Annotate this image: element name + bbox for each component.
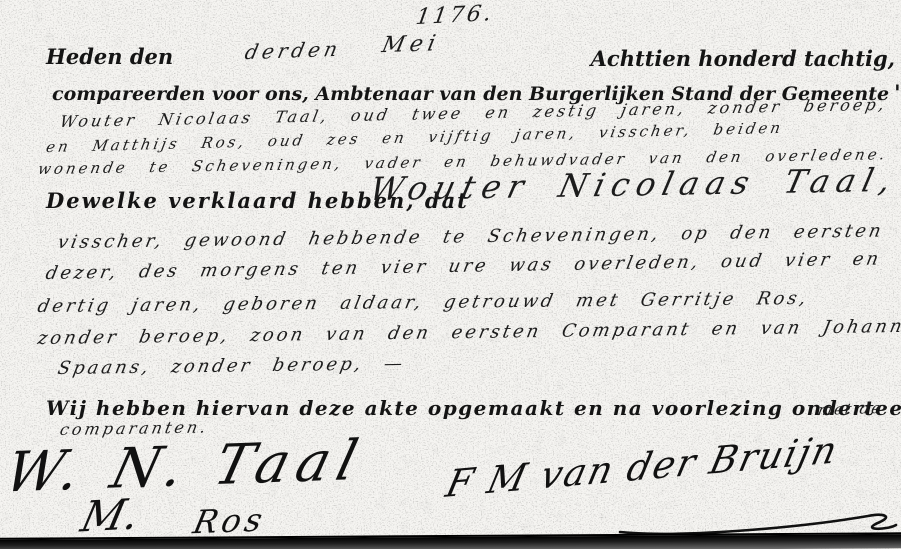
body-line-3: dertig jaren, geboren aldaar, getrouwd m… — [36, 288, 811, 317]
body-line-2: dezer, des morgens ten vier ure was over… — [44, 248, 883, 284]
scanner-edge-bar — [0, 532, 901, 549]
body-line-5: Spaans, zonder beroep, — — [56, 353, 407, 379]
city-name-blackletter: 'sGravenhage, — [894, 80, 901, 105]
scanned-document: 1176. Heden den derden Mei Achttien hond… — [0, 0, 901, 549]
handwritten-met-de: met de — [816, 399, 884, 419]
body-line-1: visscher, gewoond hebbende te Schevening… — [56, 220, 886, 253]
signature-m-ros-initial: M. — [77, 489, 145, 542]
printed-closing: Wij hebben hiervan deze akte opgemaakt e… — [46, 396, 901, 420]
body-line-4: zonder beroep, zoon van den eersten Comp… — [36, 316, 901, 349]
deceased-name-handwritten: Wouter Nicolaas Taal, — [366, 161, 901, 208]
handwritten-month: Mei — [380, 31, 443, 58]
signature-official: F M van der Bruijn — [442, 428, 843, 506]
act-number: 1176. — [414, 1, 496, 30]
printed-year: Achttien honderd tachtig, — [591, 46, 895, 71]
signature-w-n-taal: W. N. Taal — [0, 428, 372, 505]
printed-heden-den: Heden den — [46, 44, 173, 69]
handwritten-day: derden — [243, 37, 344, 65]
